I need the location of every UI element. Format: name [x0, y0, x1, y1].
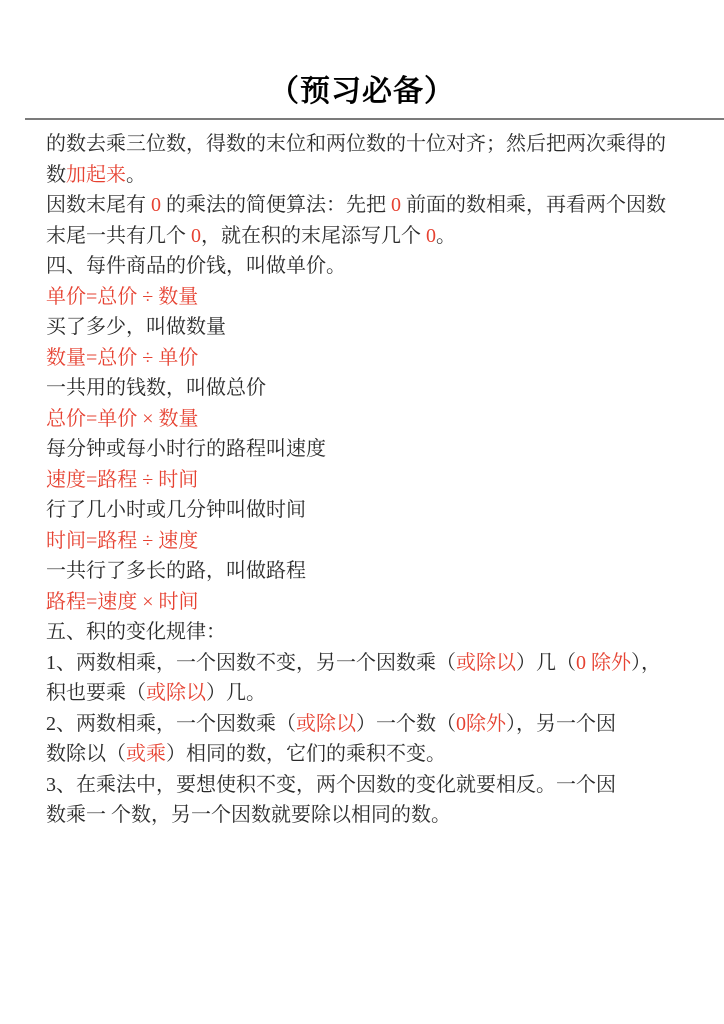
text-line: 因数末尾有 0 的乘法的简便算法：先把 0 前面的数相乘，再看两个因数	[46, 190, 691, 221]
text-line: 的数去乘三位数，得数的末位和两位数的十位对齐；然后把两次乘得的	[46, 129, 691, 160]
document-body: 的数去乘三位数，得数的末位和两位数的十位对齐；然后把两次乘得的数加起来。因数末尾…	[46, 129, 691, 831]
text-segment: 四、每件商品的价钱，叫做单价。	[46, 255, 346, 277]
text-segment: 数量=总价 ÷ 单价	[46, 347, 198, 369]
text-segment: 1、两数相乘，一个因数不变，另一个因数乘（	[46, 652, 456, 674]
text-segment: 加起来	[66, 164, 126, 186]
text-segment: ，就在积的末尾添写几个	[201, 225, 426, 247]
text-line: 五、积的变化规律：	[46, 617, 691, 648]
text-segment: 数	[46, 164, 66, 186]
text-segment: ）相同的数，它们的乘积不变。	[166, 743, 446, 765]
text-segment: 0	[426, 225, 436, 247]
text-segment: 0	[391, 194, 401, 216]
text-line: 积也要乘（或除以）几。	[46, 678, 691, 709]
text-segment: 0	[151, 194, 161, 216]
text-line: 一共用的钱数，叫做总价	[46, 373, 691, 404]
text-line: 末尾一共有几个 0，就在积的末尾添写几个 0。	[46, 221, 691, 252]
text-segment: 时间=路程 ÷ 速度	[46, 530, 198, 552]
text-line: 数加起来。	[46, 160, 691, 191]
text-line: 路程=速度 × 时间	[46, 587, 691, 618]
text-segment: ）几（	[516, 652, 576, 674]
text-line: 数乘一 个数，另一个因数就要除以相同的数。	[46, 800, 691, 831]
text-line: 1、两数相乘，一个因数不变，另一个因数乘（或除以）几（0 除外），	[46, 648, 691, 679]
text-segment: 或除以	[296, 713, 356, 735]
text-segment: 五、积的变化规律：	[46, 621, 226, 643]
text-line: 2、两数相乘，一个因数乘（或除以）一个数（0除外），另一个因	[46, 709, 691, 740]
title-divider	[25, 118, 724, 120]
text-line: 每分钟或每小时行的路程叫速度	[46, 434, 691, 465]
text-segment: 或乘	[126, 743, 166, 765]
page-title: （预习必备）	[0, 72, 724, 112]
text-segment: ），	[631, 652, 661, 674]
text-segment: 因数末尾有	[46, 194, 151, 216]
text-line: 行了几小时或几分钟叫做时间	[46, 495, 691, 526]
text-line: 速度=路程 ÷ 时间	[46, 465, 691, 496]
text-segment: ）一个数（	[356, 713, 456, 735]
text-line: 3、在乘法中，要想使积不变，两个因数的变化就要相反。一个因	[46, 770, 691, 801]
text-segment: 数乘一 个数，另一个因数就要除以相同的数。	[46, 804, 451, 826]
text-segment: 一共用的钱数，叫做总价	[46, 377, 266, 399]
text-segment: ）几。	[206, 682, 266, 704]
text-segment: 0 除外	[576, 652, 631, 674]
text-segment: 的乘法的简便算法：先把	[161, 194, 391, 216]
text-segment: 总价=单价 × 数量	[46, 408, 199, 430]
text-segment: 末尾一共有几个	[46, 225, 191, 247]
text-segment: 速度=路程 ÷ 时间	[46, 469, 198, 491]
text-segment: 前面的数相乘，再看两个因数	[401, 194, 666, 216]
text-segment: 一共行了多长的路，叫做路程	[46, 560, 306, 582]
text-segment: 。	[436, 225, 456, 247]
text-segment: 单价=总价 ÷ 数量	[46, 286, 198, 308]
text-segment: 行了几小时或几分钟叫做时间	[46, 499, 306, 521]
text-line: 四、每件商品的价钱，叫做单价。	[46, 251, 691, 282]
text-segment: ），另一个因	[506, 713, 616, 735]
text-line: 单价=总价 ÷ 数量	[46, 282, 691, 313]
text-line: 一共行了多长的路，叫做路程	[46, 556, 691, 587]
text-segment: 数除以（	[46, 743, 126, 765]
text-line: 买了多少，叫做数量	[46, 312, 691, 343]
document-page: （预习必备） 的数去乘三位数，得数的末位和两位数的十位对齐；然后把两次乘得的数加…	[0, 0, 724, 1024]
text-segment: 0除外	[456, 713, 506, 735]
text-segment: 3、在乘法中，要想使积不变，两个因数的变化就要相反。一个因	[46, 774, 616, 796]
text-segment: 积也要乘（	[46, 682, 146, 704]
text-segment: 路程=速度 × 时间	[46, 591, 199, 613]
text-segment: 或除以	[456, 652, 516, 674]
text-segment: 2、两数相乘，一个因数乘（	[46, 713, 296, 735]
text-segment: 每分钟或每小时行的路程叫速度	[46, 438, 326, 460]
text-segment: 0	[191, 225, 201, 247]
text-line: 总价=单价 × 数量	[46, 404, 691, 435]
text-segment: 。	[126, 164, 146, 186]
text-segment: 买了多少，叫做数量	[46, 316, 226, 338]
text-line: 数除以（或乘）相同的数，它们的乘积不变。	[46, 739, 691, 770]
text-segment: 的数去乘三位数，得数的末位和两位数的十位对齐；然后把两次乘得的	[46, 133, 666, 155]
text-segment: 或除以	[146, 682, 206, 704]
text-line: 时间=路程 ÷ 速度	[46, 526, 691, 557]
text-line: 数量=总价 ÷ 单价	[46, 343, 691, 374]
